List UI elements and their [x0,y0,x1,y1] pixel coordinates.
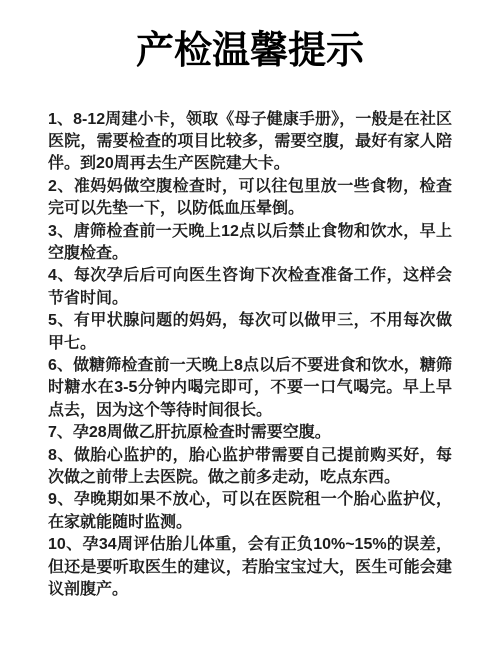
page: 产检温馨提示 1、8-12周建小卡，领取《母子健康手册》，一般是在社区医院，需要… [0,0,500,656]
tip-item-5: 5、有甲状腺问题的妈妈，每次可以做甲三，不用每次做甲七。 [48,310,452,355]
tips-list: 1、8-12周建小卡，领取《母子健康手册》，一般是在社区医院，需要检查的项目比较… [48,109,452,602]
tip-item-4: 4、每次孕后后可向医生咨询下次检查准备工作，这样会节省时间。 [48,265,452,310]
tip-item-10: 10、孕34周评估胎儿体重，会有正负10%~15%的误差，但还是要听取医生的建议… [48,534,452,601]
tip-item-2: 2、准妈妈做空腹检查时，可以往包里放一些食物，检查完可以先垫一下，以防低血压晕倒… [48,176,452,221]
tip-item-9: 9、孕晚期如果不放心，可以在医院租一个胎心监护仪，在家就能随时监测。 [48,489,452,534]
tip-item-6: 6、做糖筛检查前一天晚上8点以后不要进食和饮水，糖筛时糖水在3-5分钟内喝完即可… [48,355,452,422]
tip-item-7: 7、孕28周做乙肝抗原检查时需要空腹。 [48,422,452,444]
tip-item-1: 1、8-12周建小卡，领取《母子健康手册》，一般是在社区医院，需要检查的项目比较… [48,109,452,176]
tip-item-8: 8、做胎心监护的，胎心监护带需要自己提前购买好，每次做之前带上去医院。做之前多走… [48,445,452,490]
page-title: 产检温馨提示 [48,28,452,76]
tip-item-3: 3、唐筛检查前一天晚上12点以后禁止食物和饮水，早上空腹检查。 [48,221,452,266]
